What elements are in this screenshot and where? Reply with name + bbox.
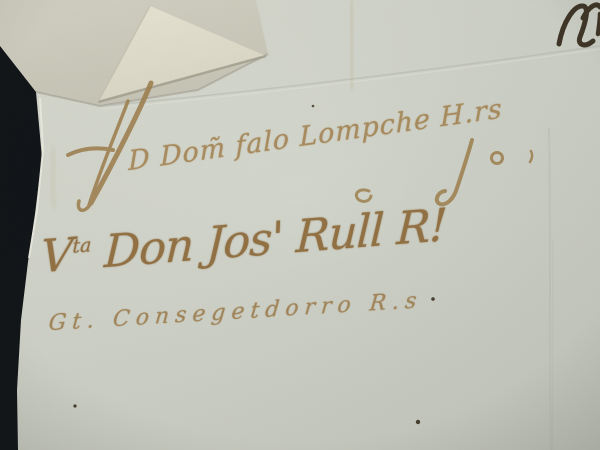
manuscript-scene xyxy=(0,0,600,450)
manuscript-photo: D Dom̃ falo Lompche H.rs Vta Don Jos' Ru… xyxy=(0,0,600,450)
vignette-overlay xyxy=(0,0,600,450)
